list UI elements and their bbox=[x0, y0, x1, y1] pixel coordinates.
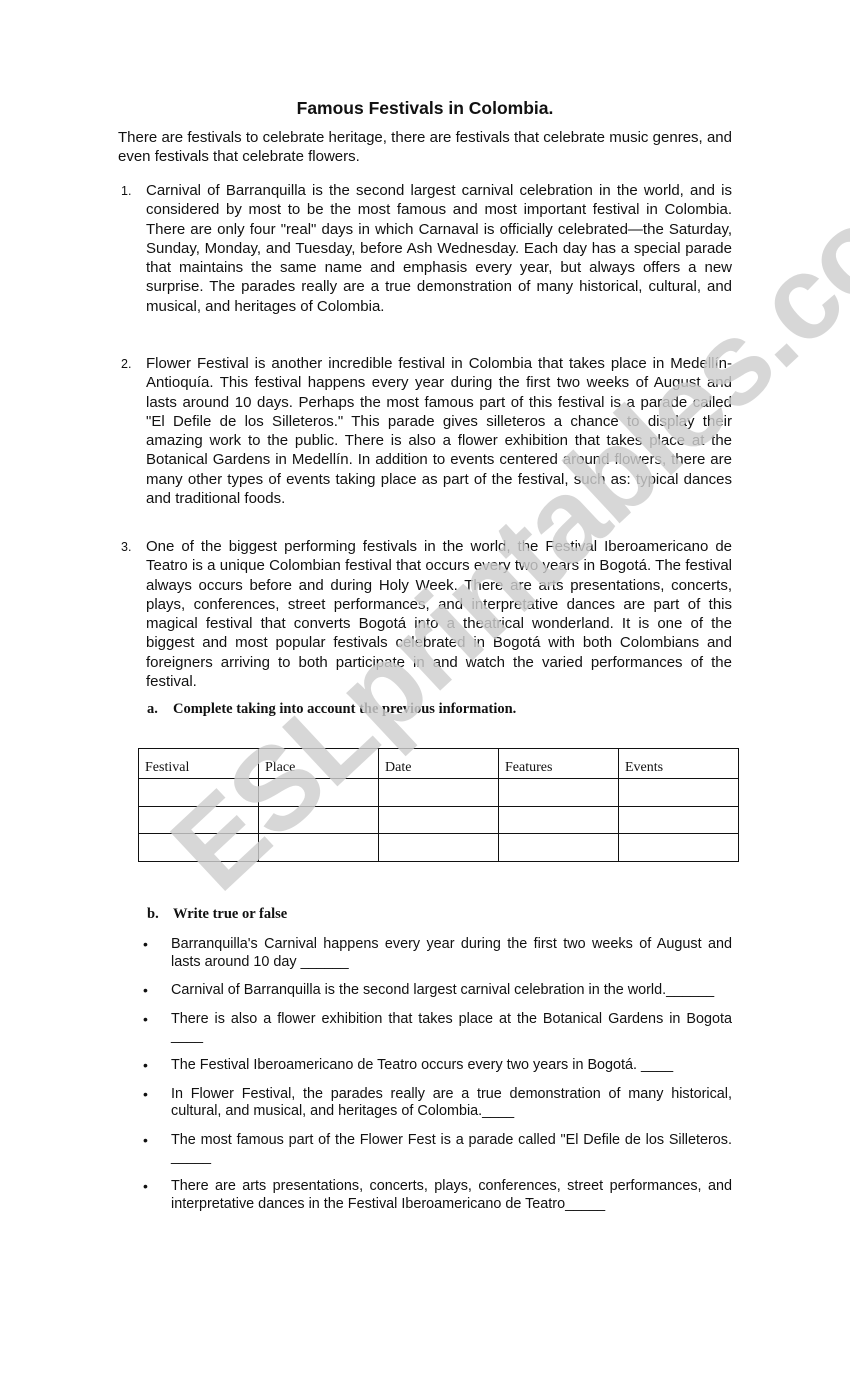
statement-text: There is also a flower exhibition that t… bbox=[171, 1011, 732, 1045]
table-row bbox=[139, 834, 739, 862]
worksheet-page: Famous Festivals in Colombia. There are … bbox=[0, 0, 850, 1400]
statement-text: Barranquilla's Carnival happens every ye… bbox=[171, 936, 732, 970]
bullet-icon: • bbox=[143, 982, 148, 1000]
list-item: •Carnival of Barranquilla is the second … bbox=[140, 982, 732, 1000]
exercise-a-heading: a.Complete taking into account the previ… bbox=[147, 701, 516, 718]
table-cell[interactable] bbox=[139, 834, 259, 862]
list-item: •Barranquilla's Carnival happens every y… bbox=[140, 936, 732, 971]
table-row bbox=[139, 779, 739, 807]
header-features: Features bbox=[499, 749, 619, 779]
festival-table: Festival Place Date Features Events bbox=[138, 748, 739, 862]
festival-item-barranquilla: 1. Carnival of Barranquilla is the secon… bbox=[118, 181, 732, 316]
table-cell[interactable] bbox=[139, 806, 259, 834]
festival-item-flower-festival: 2. Flower Festival is another incredible… bbox=[118, 354, 732, 508]
list-item: •In Flower Festival, the parades really … bbox=[140, 1086, 732, 1121]
table-cell[interactable] bbox=[619, 779, 739, 807]
list-item: •The Festival Iberoamericano de Teatro o… bbox=[140, 1057, 732, 1075]
table-cell[interactable] bbox=[139, 779, 259, 807]
list-item: •There is also a flower exhibition that … bbox=[140, 1011, 732, 1046]
table-cell[interactable] bbox=[499, 834, 619, 862]
exercise-a-label: a. bbox=[147, 701, 173, 718]
item-text: Flower Festival is another incredible fe… bbox=[146, 354, 732, 508]
table-cell[interactable] bbox=[499, 779, 619, 807]
true-false-list: •Barranquilla's Carnival happens every y… bbox=[140, 936, 732, 1224]
exercise-b-heading: b.Write true or false bbox=[147, 906, 287, 923]
table-cell[interactable] bbox=[619, 834, 739, 862]
table-cell[interactable] bbox=[499, 806, 619, 834]
header-events: Events bbox=[619, 749, 739, 779]
item-number: 2. bbox=[121, 355, 131, 374]
exercise-b-instruction: Write true or false bbox=[173, 906, 287, 922]
statement-text: Carnival of Barranquilla is the second l… bbox=[171, 982, 714, 998]
header-festival: Festival bbox=[139, 749, 259, 779]
table-cell[interactable] bbox=[379, 806, 499, 834]
list-item: •There are arts presentations, concerts,… bbox=[140, 1178, 732, 1213]
bullet-icon: • bbox=[143, 1178, 148, 1196]
exercise-b-label: b. bbox=[147, 906, 173, 923]
item-text: One of the biggest performing festivals … bbox=[146, 537, 732, 691]
bullet-icon: • bbox=[143, 1057, 148, 1075]
header-place: Place bbox=[259, 749, 379, 779]
table-cell[interactable] bbox=[379, 834, 499, 862]
statement-text: The Festival Iberoamericano de Teatro oc… bbox=[171, 1057, 673, 1073]
statement-text: In Flower Festival, the parades really a… bbox=[171, 1086, 732, 1120]
page-title: Famous Festivals in Colombia. bbox=[0, 98, 850, 119]
bullet-icon: • bbox=[143, 936, 148, 954]
table-cell[interactable] bbox=[379, 779, 499, 807]
table-row bbox=[139, 806, 739, 834]
table-cell[interactable] bbox=[619, 806, 739, 834]
bullet-icon: • bbox=[143, 1011, 148, 1029]
exercise-a-instruction: Complete taking into account the previou… bbox=[173, 701, 516, 717]
festival-item-iberoamericano: 3. One of the biggest performing festiva… bbox=[118, 537, 732, 691]
item-text: Carnival of Barranquilla is the second l… bbox=[146, 181, 732, 316]
list-item: •The most famous part of the Flower Fest… bbox=[140, 1132, 732, 1167]
table-cell[interactable] bbox=[259, 834, 379, 862]
statement-text: The most famous part of the Flower Fest … bbox=[171, 1132, 732, 1166]
bullet-icon: • bbox=[143, 1086, 148, 1104]
statement-text: There are arts presentations, concerts, … bbox=[171, 1178, 732, 1212]
item-number: 1. bbox=[121, 182, 131, 201]
bullet-icon: • bbox=[143, 1132, 148, 1150]
table-cell[interactable] bbox=[259, 806, 379, 834]
header-date: Date bbox=[379, 749, 499, 779]
table-cell[interactable] bbox=[259, 779, 379, 807]
item-number: 3. bbox=[121, 538, 131, 557]
table-header-row: Festival Place Date Features Events bbox=[139, 749, 739, 779]
intro-paragraph: There are festivals to celebrate heritag… bbox=[118, 128, 732, 167]
